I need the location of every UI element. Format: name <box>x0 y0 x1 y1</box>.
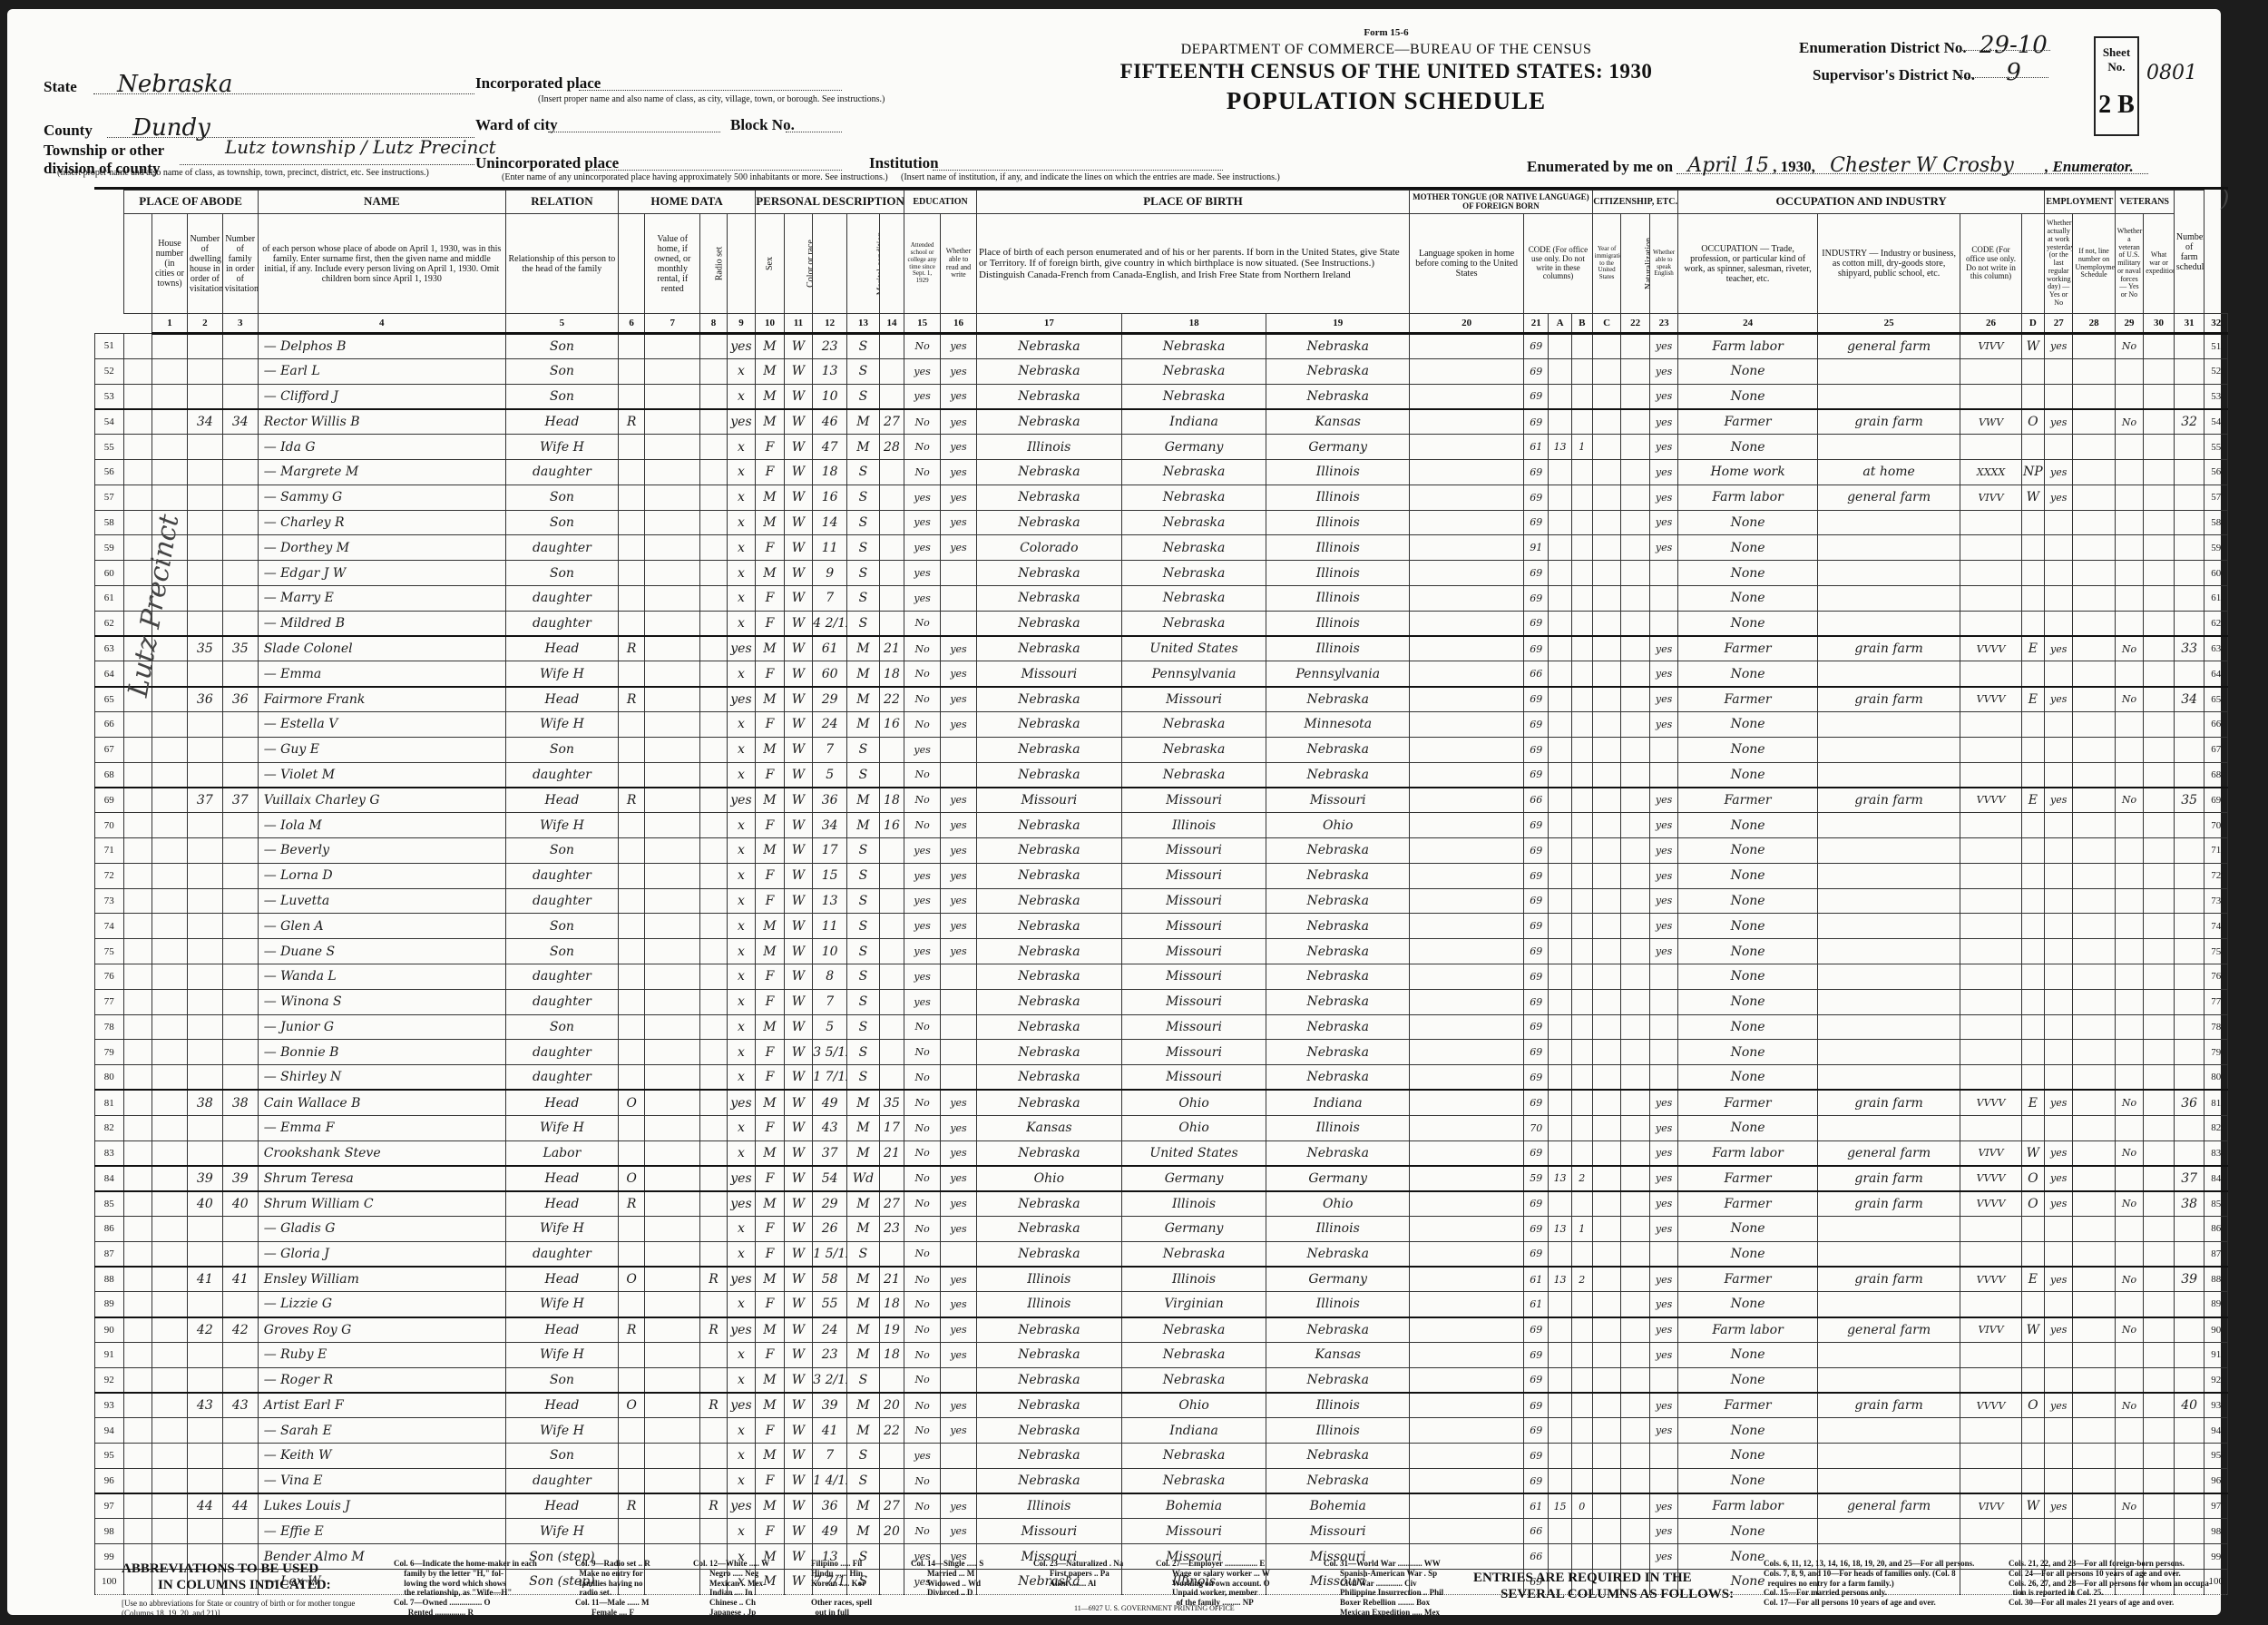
line-number: 70 <box>95 813 124 838</box>
immigration-year-cell <box>1592 585 1621 611</box>
mother-birthplace-cell: Bohemia <box>1266 1493 1410 1519</box>
dwelling-number-cell <box>187 711 222 737</box>
speaks-english-cell: yes <box>1649 1115 1678 1140</box>
code-d-cell <box>1960 964 2021 989</box>
read-write-cell: yes <box>941 1393 977 1418</box>
race-cell: W <box>784 510 813 535</box>
race-cell: W <box>784 1241 813 1267</box>
industry-cell: general farm <box>1817 1493 1960 1519</box>
col17-header: Whether able to read and write <box>941 214 977 314</box>
speaks-english-cell <box>1649 1367 1678 1393</box>
table-row: 51— Delphos BSonyesMW23SNoyesNebraskaNeb… <box>95 334 2228 359</box>
farm-schedule-cell <box>2174 1140 2204 1166</box>
school-cell: No <box>904 1166 941 1191</box>
read-write-cell: yes <box>941 711 977 737</box>
code-b-cell <box>1549 661 1571 687</box>
code-c-cell <box>1571 1367 1592 1393</box>
family-number-cell: 38 <box>222 1090 258 1115</box>
age-cell: 7 <box>813 989 847 1014</box>
line-number-right: 66 <box>2204 711 2228 737</box>
at-work-cell <box>2044 510 2073 535</box>
township-value: Lutz township / Lutz Precinct <box>225 136 496 158</box>
family-number-cell <box>222 611 258 636</box>
occupation-cell: None <box>1678 1040 1817 1065</box>
war-cell <box>2144 358 2175 384</box>
code-d-cell <box>1960 888 2021 914</box>
school-cell: No <box>904 334 941 359</box>
unemployment-line-cell <box>2073 561 2115 586</box>
relation-cell: daughter <box>505 863 618 888</box>
at-work-cell: yes <box>2044 1393 2073 1418</box>
stamp-number: 0801 <box>2146 62 2197 84</box>
language-cell <box>1410 1493 1524 1519</box>
sex-cell: F <box>756 611 785 636</box>
veteran-cell <box>2115 863 2144 888</box>
veteran-cell: No <box>2115 1393 2144 1418</box>
dwelling-number-cell <box>187 762 222 788</box>
line-number: 82 <box>95 1115 124 1140</box>
school-cell: yes <box>904 585 941 611</box>
unemployment-line-cell <box>2073 964 2115 989</box>
code-d-cell <box>1960 1367 2021 1393</box>
table-row: 66— Estella VWife HxFW24M16NoyesNebraska… <box>95 711 2228 737</box>
dwelling-number-cell <box>187 1040 222 1065</box>
line-number: 63 <box>95 636 124 661</box>
at-work-cell <box>2044 661 2073 687</box>
line-number-right: 95 <box>2204 1444 2228 1469</box>
immigration-year-cell <box>1592 1367 1621 1393</box>
family-number-cell <box>222 334 258 359</box>
occupation-cell: Farm labor <box>1678 334 1817 359</box>
war-cell <box>2144 510 2175 535</box>
house-number-cell <box>152 863 188 888</box>
name-cell: — Ida G <box>258 435 505 460</box>
age-cell: 43 <box>813 1115 847 1140</box>
veteran-cell <box>2115 1367 2144 1393</box>
house-number-cell <box>152 1468 188 1493</box>
veteran-cell <box>2115 1468 2144 1493</box>
street-cell <box>123 1393 152 1418</box>
veteran-cell <box>2115 661 2144 687</box>
speaks-english-cell <box>1649 1444 1678 1469</box>
code-d-cell <box>1960 1241 2021 1267</box>
birthplace-cell: Missouri <box>976 788 1121 813</box>
table-row: 61— Marry EdaughterxFW7SyesNebraskaNebra… <box>95 585 2228 611</box>
class-of-worker-cell <box>2021 1468 2044 1493</box>
class-of-worker-cell <box>2021 1342 2044 1367</box>
occupation-cell: Farmer <box>1678 1267 1817 1292</box>
marital-cell: M <box>847 1393 880 1418</box>
family-number-cell <box>222 1115 258 1140</box>
block-underline <box>786 131 842 132</box>
unemployment-line-cell <box>2073 737 2115 762</box>
code-b-cell <box>1549 611 1571 636</box>
abbr-col14: Col. 14—Single ..... S Married ... M Wid… <box>911 1559 983 1598</box>
class-of-worker-cell <box>2021 863 2044 888</box>
naturalization-cell <box>1621 989 1650 1014</box>
read-write-cell <box>941 737 977 762</box>
mother-birthplace-cell: Pennsylvania <box>1266 661 1410 687</box>
farm-cell: yes <box>727 636 756 661</box>
class-of-worker-cell: E <box>2021 1267 2044 1292</box>
birthplace-cell: Nebraska <box>976 1065 1121 1091</box>
occupation-cell: None <box>1678 1115 1817 1140</box>
race-cell: W <box>784 1267 813 1292</box>
family-number-cell <box>222 737 258 762</box>
language-cell <box>1410 1292 1524 1317</box>
family-number-cell: 36 <box>222 687 258 712</box>
name-cell: — Delphos B <box>258 334 505 359</box>
mother-birthplace-cell: Germany <box>1266 1267 1410 1292</box>
sex-cell: F <box>756 1241 785 1267</box>
age-cell: 7 <box>813 1444 847 1469</box>
read-write-cell: yes <box>941 1191 977 1217</box>
mother-birthplace-cell: Nebraska <box>1266 1140 1410 1166</box>
sex-cell: M <box>756 939 785 964</box>
age-first-marriage-cell: 18 <box>879 1342 904 1367</box>
farm-cell: x <box>727 939 756 964</box>
occupation-cell: None <box>1678 358 1817 384</box>
code-d-cell: VVVV <box>1960 687 2021 712</box>
col9-header: Radio set <box>700 214 727 314</box>
father-birthplace-cell: Nebraska <box>1121 737 1266 762</box>
at-work-cell: yes <box>2044 636 2073 661</box>
naturalization-cell <box>1621 485 1650 510</box>
veteran-cell: No <box>2115 1140 2144 1166</box>
code-a-cell: 69 <box>1524 1191 1549 1217</box>
home-value-cell <box>645 1317 700 1343</box>
table-row: 91— Ruby EWife HxFW23M18NoyesNebraskaNeb… <box>95 1342 2228 1367</box>
school-cell: yes <box>904 863 941 888</box>
house-number-cell <box>152 1090 188 1115</box>
street-cell <box>123 409 152 435</box>
at-work-cell <box>2044 762 2073 788</box>
birthplace-cell: Nebraska <box>976 837 1121 863</box>
line-number: 56 <box>95 459 124 485</box>
industry-cell <box>1817 1367 1960 1393</box>
name-cell: — Lizzie G <box>258 1292 505 1317</box>
father-birthplace-cell: Indiana <box>1121 1418 1266 1444</box>
line-number-right: 91 <box>2204 1342 2228 1367</box>
speaks-english-cell <box>1649 964 1678 989</box>
column-number: 28 <box>2073 314 2115 334</box>
speaks-english-cell: yes <box>1649 661 1678 687</box>
industry-cell: general farm <box>1817 334 1960 359</box>
radio-cell <box>700 1014 727 1040</box>
immigration-year-cell <box>1592 1418 1621 1444</box>
occupation-cell: None <box>1678 964 1817 989</box>
dwelling-number-cell <box>187 561 222 586</box>
naturalization-cell <box>1621 435 1650 460</box>
father-birthplace-cell: Pennsylvania <box>1121 661 1266 687</box>
marital-cell: S <box>847 1040 880 1065</box>
birthplace-cell: Nebraska <box>976 1468 1121 1493</box>
code-d-cell: VVVV <box>1960 1393 2021 1418</box>
mother-birthplace-cell: Illinois <box>1266 1292 1410 1317</box>
column-number: B <box>1571 314 1592 334</box>
street-cell <box>123 1241 152 1267</box>
relation-cell: daughter <box>505 1241 618 1267</box>
sex-cell: F <box>756 459 785 485</box>
farm-schedule-cell: 34 <box>2174 687 2204 712</box>
radio-cell <box>700 1140 727 1166</box>
name-cell: — Winona S <box>258 989 505 1014</box>
line-number-right: 65 <box>2204 687 2228 712</box>
mother-birthplace-cell: Nebraska <box>1266 737 1410 762</box>
col21-header: Language spoken in home before coming to… <box>1410 214 1524 314</box>
immigration-year-cell <box>1592 409 1621 435</box>
code-c-cell <box>1571 1140 1592 1166</box>
at-work-cell <box>2044 837 2073 863</box>
code-d-cell: VVVV <box>1960 636 2021 661</box>
name-cell: — Roger R <box>258 1367 505 1393</box>
relation-cell: Head <box>505 788 618 813</box>
line-number: 97 <box>95 1493 124 1519</box>
table-row: 68— Violet MdaughterxFW5SNoNebraskaNebra… <box>95 762 2228 788</box>
farm-cell: x <box>727 1292 756 1317</box>
home-owned-cell: R <box>618 1191 644 1217</box>
speaks-english-cell: yes <box>1649 939 1678 964</box>
line-number: 51 <box>95 334 124 359</box>
unemployment-line-cell <box>2073 459 2115 485</box>
age-first-marriage-cell <box>879 358 904 384</box>
age-cell: 10 <box>813 384 847 409</box>
father-birthplace-cell: United States <box>1121 1140 1266 1166</box>
mother-birthplace-cell: Nebraska <box>1266 1468 1410 1493</box>
farm-schedule-cell <box>2174 1444 2204 1469</box>
mother-birthplace-cell: Nebraska <box>1266 358 1410 384</box>
birthplace-cell: Nebraska <box>976 914 1121 939</box>
column-number: D <box>2021 314 2044 334</box>
age-cell: 13 <box>813 358 847 384</box>
at-work-cell <box>2044 1519 2073 1544</box>
farm-schedule-cell <box>2174 1241 2204 1267</box>
home-value-cell <box>645 1040 700 1065</box>
mother-birthplace-cell: Illinois <box>1266 1216 1410 1241</box>
farm-schedule-cell <box>2174 661 2204 687</box>
family-number-cell: 43 <box>222 1393 258 1418</box>
unincorporated-note: (Enter name of any unincorporated place … <box>502 172 888 182</box>
occupation-cell: None <box>1678 611 1817 636</box>
speaks-english-cell <box>1649 1040 1678 1065</box>
code-c-cell <box>1571 788 1592 813</box>
industry-cell <box>1817 1418 1960 1444</box>
birthplace-cell: Nebraska <box>976 358 1121 384</box>
sex-cell: M <box>756 1267 785 1292</box>
race-cell: W <box>784 409 813 435</box>
house-number-cell <box>152 459 188 485</box>
dwelling-number-cell: 36 <box>187 687 222 712</box>
industry-cell <box>1817 837 1960 863</box>
naturalization-cell <box>1621 1216 1650 1241</box>
age-cell: 54 <box>813 1166 847 1191</box>
line-number-right: 78 <box>2204 1014 2228 1040</box>
birthplace-cell: Illinois <box>976 1292 1121 1317</box>
age-first-marriage-cell <box>879 737 904 762</box>
age-first-marriage-cell: 21 <box>879 1267 904 1292</box>
population-schedule-table: PLACE OF ABODE NAME RELATION HOME DATA P… <box>94 187 2228 1595</box>
birthplace-cell: Nebraska <box>976 1040 1121 1065</box>
column-number-row: 123456789101112131415161718192021ABC2223… <box>95 314 2228 334</box>
name-cell: — Clifford J <box>258 384 505 409</box>
line-number-right: 72 <box>2204 863 2228 888</box>
sex-cell: F <box>756 1065 785 1091</box>
immigration-year-cell <box>1592 737 1621 762</box>
entries-required-title: ENTRIES ARE REQUIRED IN THE SEVERAL COLU… <box>1473 1570 1734 1602</box>
relation-cell: Wife H <box>505 711 618 737</box>
family-number-cell <box>222 510 258 535</box>
line-number: 59 <box>95 535 124 561</box>
school-cell: No <box>904 1468 941 1493</box>
language-cell <box>1410 561 1524 586</box>
code-b-cell <box>1549 1444 1571 1469</box>
school-cell: yes <box>904 989 941 1014</box>
marital-cell: S <box>847 485 880 510</box>
war-cell <box>2144 1115 2175 1140</box>
farm-cell: x <box>727 1115 756 1140</box>
read-write-cell <box>941 1065 977 1091</box>
unemployment-line-cell <box>2073 1393 2115 1418</box>
farm-schedule-cell <box>2174 1065 2204 1091</box>
age-first-marriage-cell <box>879 1040 904 1065</box>
code-d-cell <box>1960 435 2021 460</box>
dwelling-number-cell: 41 <box>187 1267 222 1292</box>
farm-schedule-cell <box>2174 813 2204 838</box>
age-cell: 49 <box>813 1519 847 1544</box>
veteran-cell <box>2115 535 2144 561</box>
at-work-cell <box>2044 989 2073 1014</box>
birthplace-cell: Nebraska <box>976 485 1121 510</box>
immigration-year-cell <box>1592 1090 1621 1115</box>
dwelling-number-cell <box>187 358 222 384</box>
occupation-cell: None <box>1678 737 1817 762</box>
req-title-line2: SEVERAL COLUMNS AS FOLLOWS: <box>1473 1586 1734 1602</box>
immigration-year-cell <box>1592 687 1621 712</box>
line-number-right: 70 <box>2204 813 2228 838</box>
occupation-cell: None <box>1678 661 1817 687</box>
relation-cell: Son <box>505 914 618 939</box>
class-of-worker-cell <box>2021 762 2044 788</box>
race-cell: W <box>784 1140 813 1166</box>
war-cell <box>2144 888 2175 914</box>
code-d-cell <box>1960 1065 2021 1091</box>
radio-cell <box>700 1115 727 1140</box>
unemployment-line-cell <box>2073 1065 2115 1091</box>
occupation-cell: None <box>1678 1367 1817 1393</box>
class-of-worker-cell: O <box>2021 409 2044 435</box>
war-cell <box>2144 1393 2175 1418</box>
code-a-cell: 69 <box>1524 1342 1549 1367</box>
column-number: 12 <box>813 314 847 334</box>
birthplace-cell: Nebraska <box>976 964 1121 989</box>
line-number: 91 <box>95 1342 124 1367</box>
table-row: 56— Margrete MdaughterxFW18SNoyesNebrask… <box>95 459 2228 485</box>
radio-cell <box>700 813 727 838</box>
school-cell: yes <box>904 737 941 762</box>
name-cell: — Earl L <box>258 358 505 384</box>
unemployment-line-cell <box>2073 1317 2115 1343</box>
line-number: 86 <box>95 1216 124 1241</box>
line-number-right: 62 <box>2204 611 2228 636</box>
father-birthplace-cell: Nebraska <box>1121 384 1266 409</box>
war-cell <box>2144 1014 2175 1040</box>
sex-cell: F <box>756 989 785 1014</box>
enumerated-label: Enumerated by me on <box>1527 158 1673 175</box>
incorporated-note: (Insert proper name and also name of cla… <box>538 94 885 104</box>
column-number: 1 <box>152 314 188 334</box>
home-value-cell <box>645 510 700 535</box>
line-number-right: 94 <box>2204 1418 2228 1444</box>
speaks-english-cell: yes <box>1649 435 1678 460</box>
race-cell: W <box>784 334 813 359</box>
occupation-cell: None <box>1678 1444 1817 1469</box>
age-first-marriage-cell: 21 <box>879 636 904 661</box>
line-number-right: 55 <box>2204 435 2228 460</box>
farm-schedule-cell <box>2174 837 2204 863</box>
language-cell <box>1410 1241 1524 1267</box>
read-write-cell: yes <box>941 459 977 485</box>
industry-cell: grain farm <box>1817 409 1960 435</box>
age-first-marriage-cell: 28 <box>879 435 904 460</box>
naturalization-cell <box>1621 737 1650 762</box>
farm-schedule-cell <box>2174 384 2204 409</box>
home-owned-cell <box>618 1444 644 1469</box>
radio-cell <box>700 711 727 737</box>
relation-cell: Head <box>505 1166 618 1191</box>
name-cell: Artist Earl F <box>258 1393 505 1418</box>
column-number: 8 <box>700 314 727 334</box>
line-number: 87 <box>95 1241 124 1267</box>
veteran-cell <box>2115 1519 2144 1544</box>
war-cell <box>2144 813 2175 838</box>
home-owned-cell <box>618 1418 644 1444</box>
radio-cell <box>700 1241 727 1267</box>
naturalization-cell <box>1621 788 1650 813</box>
race-cell: W <box>784 1115 813 1140</box>
industry-cell <box>1817 661 1960 687</box>
radio-cell <box>700 964 727 989</box>
name-cell: — Vina E <box>258 1468 505 1493</box>
line-number: 93 <box>95 1393 124 1418</box>
immigration-year-cell <box>1592 914 1621 939</box>
house-number-cell <box>152 788 188 813</box>
age-first-marriage-cell <box>879 939 904 964</box>
read-write-cell <box>941 762 977 788</box>
race-cell: W <box>784 1166 813 1191</box>
code-a-cell: 69 <box>1524 1393 1549 1418</box>
birthplace-cell: Nebraska <box>976 1140 1121 1166</box>
home-owned-cell <box>618 535 644 561</box>
house-number-cell <box>152 939 188 964</box>
code-d-cell: VIVV <box>1960 1140 2021 1166</box>
war-cell <box>2144 788 2175 813</box>
code-a-cell: 69 <box>1524 1444 1549 1469</box>
name-cell: Vuillaix Charley G <box>258 788 505 813</box>
code-b-cell <box>1549 409 1571 435</box>
family-number-cell <box>222 1367 258 1393</box>
age-cell: 7 <box>813 737 847 762</box>
dwelling-number-cell <box>187 1065 222 1091</box>
farm-cell: x <box>727 1367 756 1393</box>
age-first-marriage-cell <box>879 1367 904 1393</box>
war-cell <box>2144 435 2175 460</box>
line-number: 75 <box>95 939 124 964</box>
family-number-cell: 39 <box>222 1166 258 1191</box>
name-cell: — Dorthey M <box>258 535 505 561</box>
house-number-cell <box>152 1166 188 1191</box>
occupation-cell: Farmer <box>1678 409 1817 435</box>
farm-schedule-cell: 32 <box>2174 409 2204 435</box>
